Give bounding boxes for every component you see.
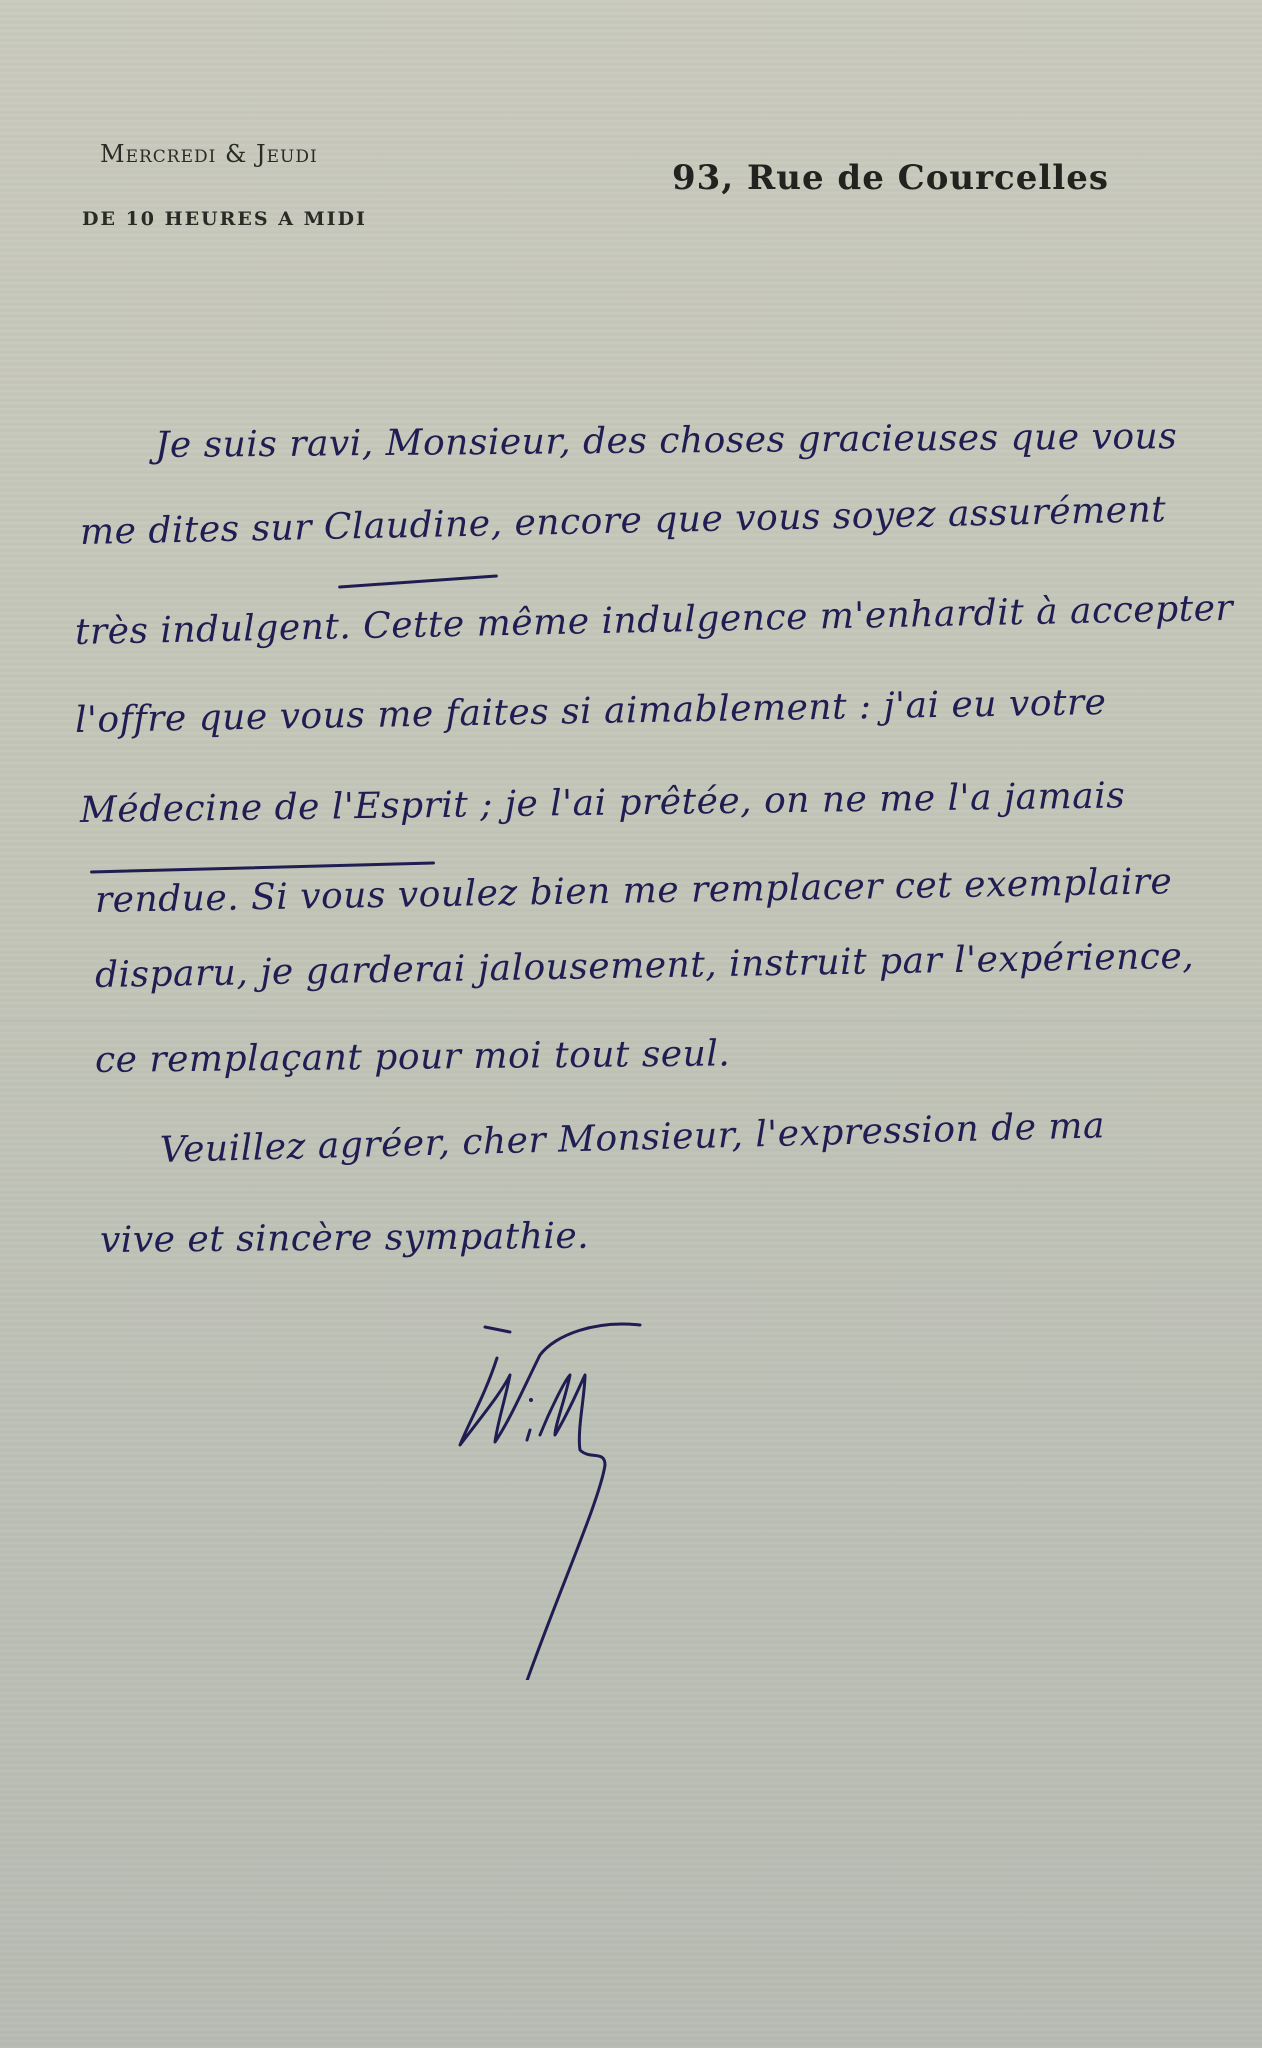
letter-line: ce remplaçant pour moi tout seul. (95, 1033, 731, 1081)
title-underline (338, 574, 498, 588)
letterhead-hours: DE 10 HEURES A MIDI (82, 208, 367, 230)
letterhead-address: 93, Rue de Courcelles (672, 158, 1109, 198)
letter-line: l'offre que vous me faites si aimablemen… (75, 682, 1107, 741)
letter-line: Médecine de l'Esprit ; je l'ai prêtée, o… (80, 775, 1126, 831)
letter-line: Je suis ravi, Monsieur, des choses graci… (155, 416, 1178, 466)
letter-line: disparu, je garderai jalousement, instru… (95, 936, 1195, 996)
paper-fold (0, 1020, 1262, 1022)
letter-line: rendue. Si vous voulez bien me remplacer… (95, 861, 1173, 921)
letterhead-days: Mercredi & Jeudi (100, 140, 318, 168)
letter-line: vive et sincère sympathie. (100, 1216, 589, 1261)
title-underline (90, 861, 435, 873)
letter-line: très indulgent. Cette même indulgence m'… (75, 588, 1234, 653)
signature-willy: Willy (455, 1300, 685, 1680)
paper-texture (0, 0, 1262, 2048)
letter-line: Veuillez agréer, cher Monsieur, l'expres… (159, 1105, 1105, 1171)
letter-line: me dites sur Claudine, encore que vous s… (80, 489, 1167, 553)
